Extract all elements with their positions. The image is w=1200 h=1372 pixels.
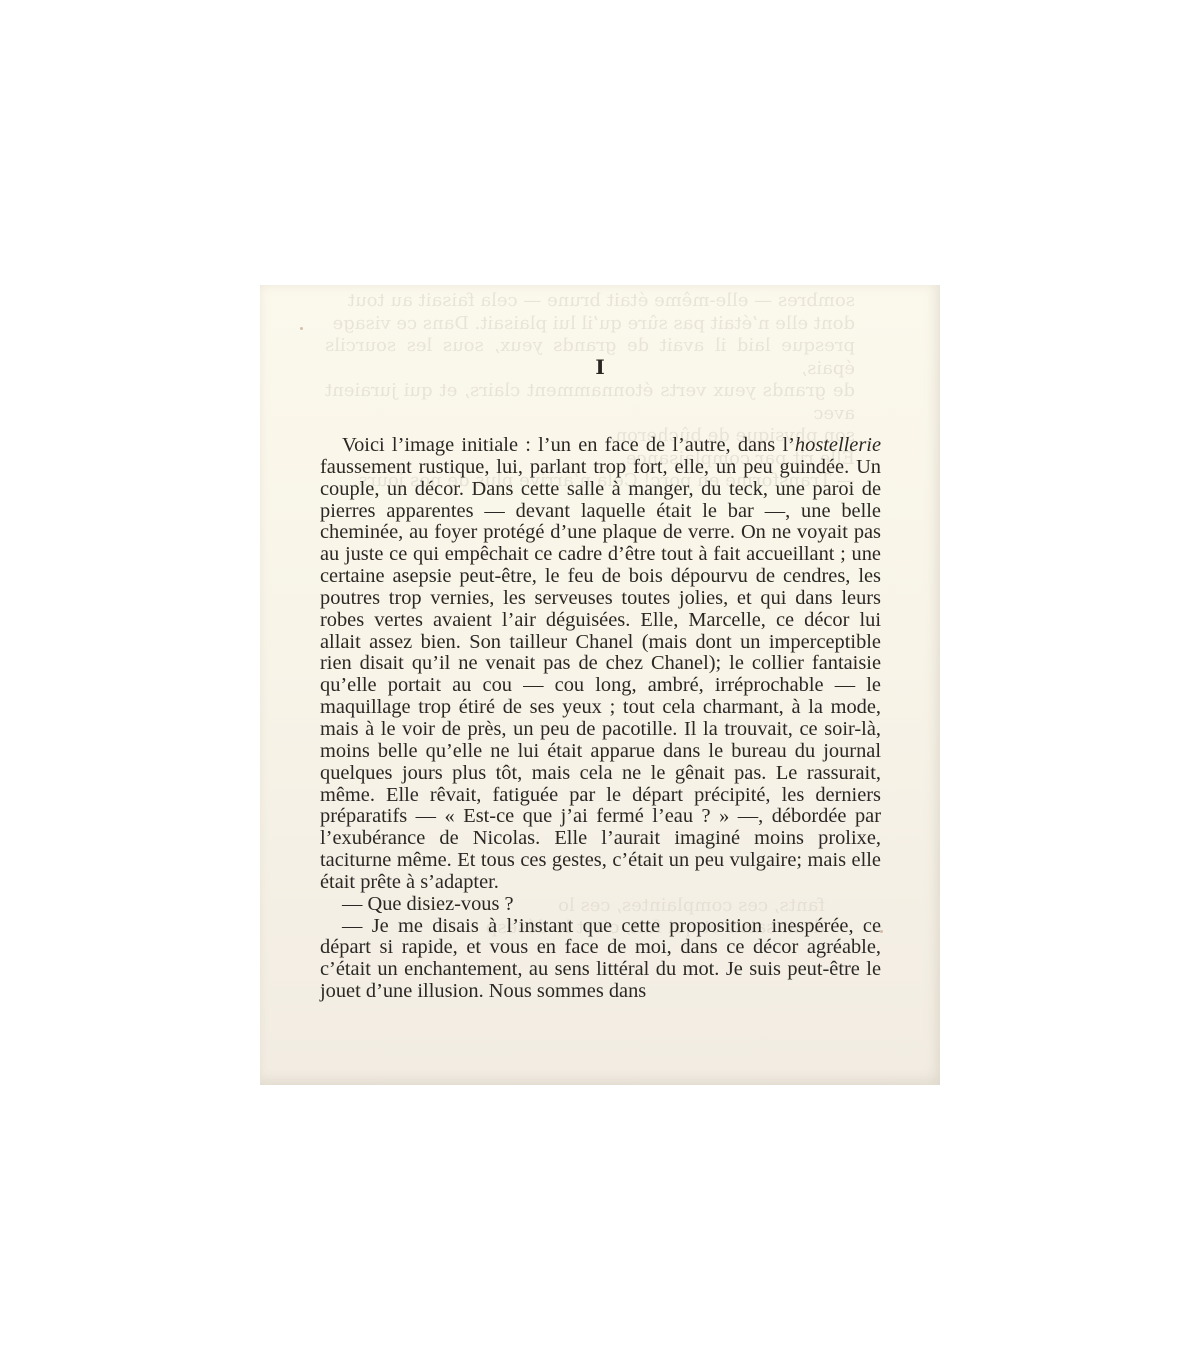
- paragraph-rest: faussement rustique, lui, parlant trop f…: [320, 456, 881, 893]
- body-text: Voici l’image initiale : l’un en face de…: [320, 435, 881, 1003]
- italic-word: hostellerie: [795, 434, 881, 456]
- bleed-line: sombres — elle-même était brune — cela f…: [325, 290, 855, 313]
- paragraph: Voici l’image initiale : l’un en face de…: [320, 435, 881, 894]
- dialogue-line: — Que disiez-vous ?: [320, 894, 881, 916]
- paper-speck: [300, 327, 303, 330]
- chapter-heading: I: [260, 355, 940, 379]
- book-page: sombres — elle-même était brune — cela f…: [260, 285, 940, 1085]
- bleed-line: de grands yeux verts étonnamment clairs,…: [325, 380, 855, 425]
- paragraph-lead: Voici l’image initiale : l’un en face de…: [342, 434, 795, 456]
- bleed-line: dont elle n’était pas sûre qu’il lui pla…: [325, 313, 855, 336]
- dialogue-line: — Je me disais à l’instant que cette pro…: [320, 916, 881, 1003]
